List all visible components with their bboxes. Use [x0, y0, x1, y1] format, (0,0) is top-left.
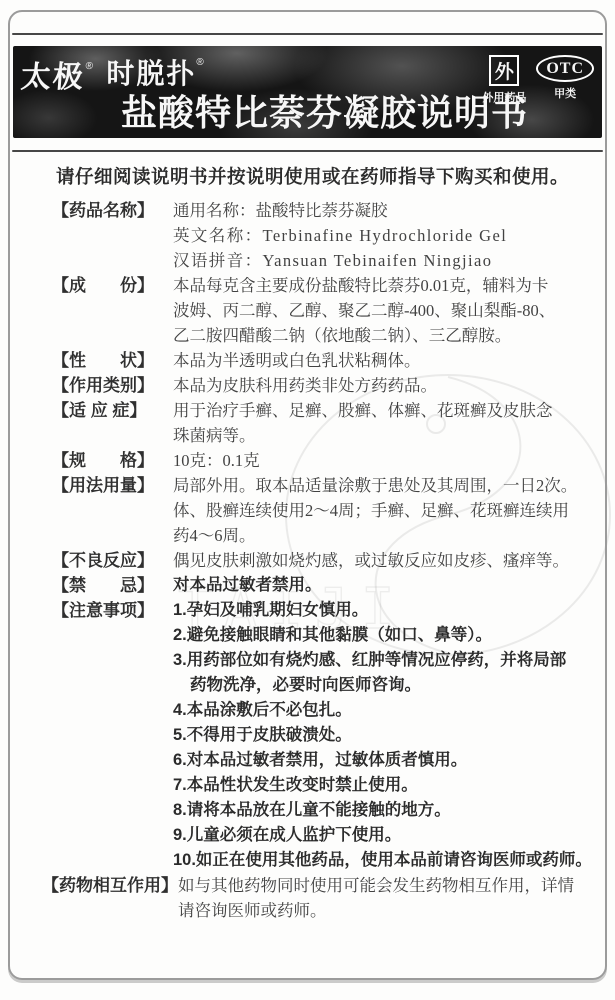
section-label: 【药品名称】	[52, 198, 173, 223]
external-use-badge: 外	[489, 55, 519, 86]
section-label: 【性 状】	[52, 348, 173, 373]
section-row: 【适 应 症】 用于治疗手癣、足癣、股癣、体癣、花斑癣及皮肤念珠菌病等。	[52, 398, 587, 448]
section-line: 本品为皮肤科用药类非处方药药品。	[173, 373, 587, 398]
registered-mark: ®	[196, 57, 203, 68]
section-content: 本品每克含主要成份盐酸特比萘芬0.01克，辅料为卡波姆、丙二醇、乙醇、聚乙二醇-…	[173, 273, 587, 348]
section-content: 10克：0.1克	[173, 448, 587, 473]
sections: 【药品名称】 通用名称：盐酸特比萘芬凝胶英文名称：Terbinafine Hyd…	[52, 198, 587, 923]
section-row: 【药品名称】 通用名称：盐酸特比萘芬凝胶英文名称：Terbinafine Hyd…	[52, 198, 587, 273]
section-label: 【用法用量】	[52, 473, 173, 498]
leaflet-body: 请仔细阅读说明书并按说明使用或在药师指导下购买和使用。 【药品名称】 通用名称：…	[10, 152, 605, 923]
leaflet-frame: 太极® 时脱扑® 外 外用药品 OTC 甲类 盐酸特比萘芬凝胶说明书 请仔细阅读…	[8, 10, 607, 980]
advisory-note: 请仔细阅读说明书并按说明使用或在药师指导下购买和使用。	[56, 165, 587, 189]
section-row: 【不良反应】 偶见皮肤刺激如烧灼感，或过敏反应如皮疹、瘙痒等。	[52, 548, 587, 573]
section-line: 3.用药部位如有烧灼感、红肿等情况应停药，并将局部	[173, 648, 587, 673]
section-content: 偶见皮肤刺激如烧灼感，或过敏反应如皮疹、瘙痒等。	[173, 548, 587, 573]
section-line: 对本品过敏者禁用。	[173, 573, 587, 598]
section-content: 对本品过敏者禁用。	[173, 573, 587, 598]
section-line: 汉语拼音：Yansuan Tebinaifen Ningjiao	[173, 248, 587, 273]
section-line: 通用名称：盐酸特比萘芬凝胶	[173, 198, 587, 223]
section-label: 【作用类别】	[52, 373, 173, 398]
section-line: 10克：0.1克	[173, 448, 587, 473]
section-line: 5.不得用于皮肤破溃处。	[173, 723, 587, 748]
section-row: 【规 格】 10克：0.1克	[52, 448, 587, 473]
section-line: 6.对本品过敏者禁用，过敏体质者慎用。	[173, 748, 587, 773]
section-label: 【不良反应】	[52, 548, 173, 573]
section-content: 本品为皮肤科用药类非处方药药品。	[173, 373, 587, 398]
registered-mark: ®	[85, 61, 93, 72]
section-content: 用于治疗手癣、足癣、股癣、体癣、花斑癣及皮肤念珠菌病等。	[173, 398, 587, 448]
section-row: 【性 状】 本品为半透明或白色乳状粘稠体。	[52, 348, 587, 373]
section-line: 体、股癣连续使用2～4周；手癣、足癣、花斑癣连续用	[173, 498, 587, 523]
section-row: 【作用类别】 本品为皮肤科用药类非处方药药品。	[52, 373, 587, 398]
section-line: 英文名称：Terbinafine Hydrochloride Gel	[173, 223, 587, 248]
section-line: 珠菌病等。	[173, 423, 587, 448]
section-row: 【成 份】 本品每克含主要成份盐酸特比萘芬0.01克，辅料为卡波姆、丙二醇、乙醇…	[52, 273, 587, 348]
section-content: 本品为半透明或白色乳状粘稠体。	[173, 348, 587, 373]
top-rule	[12, 33, 603, 35]
section-line: 药4～6周。	[173, 523, 587, 548]
section-row: 【用法用量】 局部外用。取本品适量涂敷于患处及其周围，一日2次。体、股癣连续使用…	[52, 473, 587, 548]
section-label: 【注意事项】	[52, 598, 173, 623]
section-line: 乙二胺四醋酸二钠（依地酸二钠）、三乙醇胺。	[173, 323, 587, 348]
section-label: 【规 格】	[52, 448, 173, 473]
section-line: 偶见皮肤刺激如烧灼感，或过敏反应如皮疹、瘙痒等。	[173, 548, 587, 573]
section-line: 本品每克含主要成份盐酸特比萘芬0.01克，辅料为卡	[173, 273, 587, 298]
section-line: 4.本品涂敷后不必包扎。	[173, 698, 587, 723]
section-line: 用于治疗手癣、足癣、股癣、体癣、花斑癣及皮肤念	[173, 398, 587, 423]
section-line: 局部外用。取本品适量涂敷于患处及其周围，一日2次。	[173, 473, 587, 498]
section-row: 【禁 忌】 对本品过敏者禁用。	[52, 573, 587, 598]
section-line: 2.避免接触眼睛和其他黏膜（如口、鼻等）。	[173, 623, 587, 648]
section-line: 9.儿童必须在成人监护下使用。	[173, 823, 587, 848]
otc-badge: OTC	[536, 55, 594, 82]
section-line: 8.请将本品放在儿童不能接触的地方。	[173, 798, 587, 823]
header-band: 太极® 时脱扑® 外 外用药品 OTC 甲类 盐酸特比萘芬凝胶说明书	[13, 46, 602, 138]
section-content: 如与其他药物同时使用可能会发生药物相互作用，详情请咨询医师或药师。	[178, 873, 587, 923]
section-content: 通用名称：盐酸特比萘芬凝胶英文名称：Terbinafine Hydrochlor…	[173, 198, 587, 273]
section-line: 波姆、丙二醇、乙醇、聚乙二醇-400、聚山梨酯-80、	[173, 298, 587, 323]
section-line: 10.如正在使用其他药品，使用本品前请咨询医师或药师。	[173, 848, 587, 873]
section-row: 【药物相互作用】 如与其他药物同时使用可能会发生药物相互作用，详情请咨询医师或药…	[42, 873, 587, 923]
section-label: 【成 份】	[52, 273, 173, 298]
section-line: 请咨询医师或药师。	[178, 898, 587, 923]
section-label: 【药物相互作用】	[42, 873, 178, 898]
section-content: 局部外用。取本品适量涂敷于患处及其周围，一日2次。体、股癣连续使用2～4周；手癣…	[173, 473, 587, 548]
section-row: 【注意事项】 1.孕妇及哺乳期妇女慎用。2.避免接触眼睛和其他黏膜（如口、鼻等）…	[52, 598, 587, 873]
section-line: 本品为半透明或白色乳状粘稠体。	[173, 348, 587, 373]
section-line: 1.孕妇及哺乳期妇女慎用。	[173, 598, 587, 623]
section-label: 【适 应 症】	[52, 398, 173, 423]
section-content: 1.孕妇及哺乳期妇女慎用。2.避免接触眼睛和其他黏膜（如口、鼻等）。3.用药部位…	[173, 598, 587, 873]
section-label: 【禁 忌】	[52, 573, 173, 598]
section-line: 如与其他药物同时使用可能会发生药物相互作用，详情	[178, 873, 587, 898]
section-line: 药物洗净，必要时向医师咨询。	[173, 673, 587, 698]
leaflet-title: 盐酸特比萘芬凝胶说明书	[13, 85, 602, 136]
section-line: 7.本品性状发生改变时禁止使用。	[173, 773, 587, 798]
